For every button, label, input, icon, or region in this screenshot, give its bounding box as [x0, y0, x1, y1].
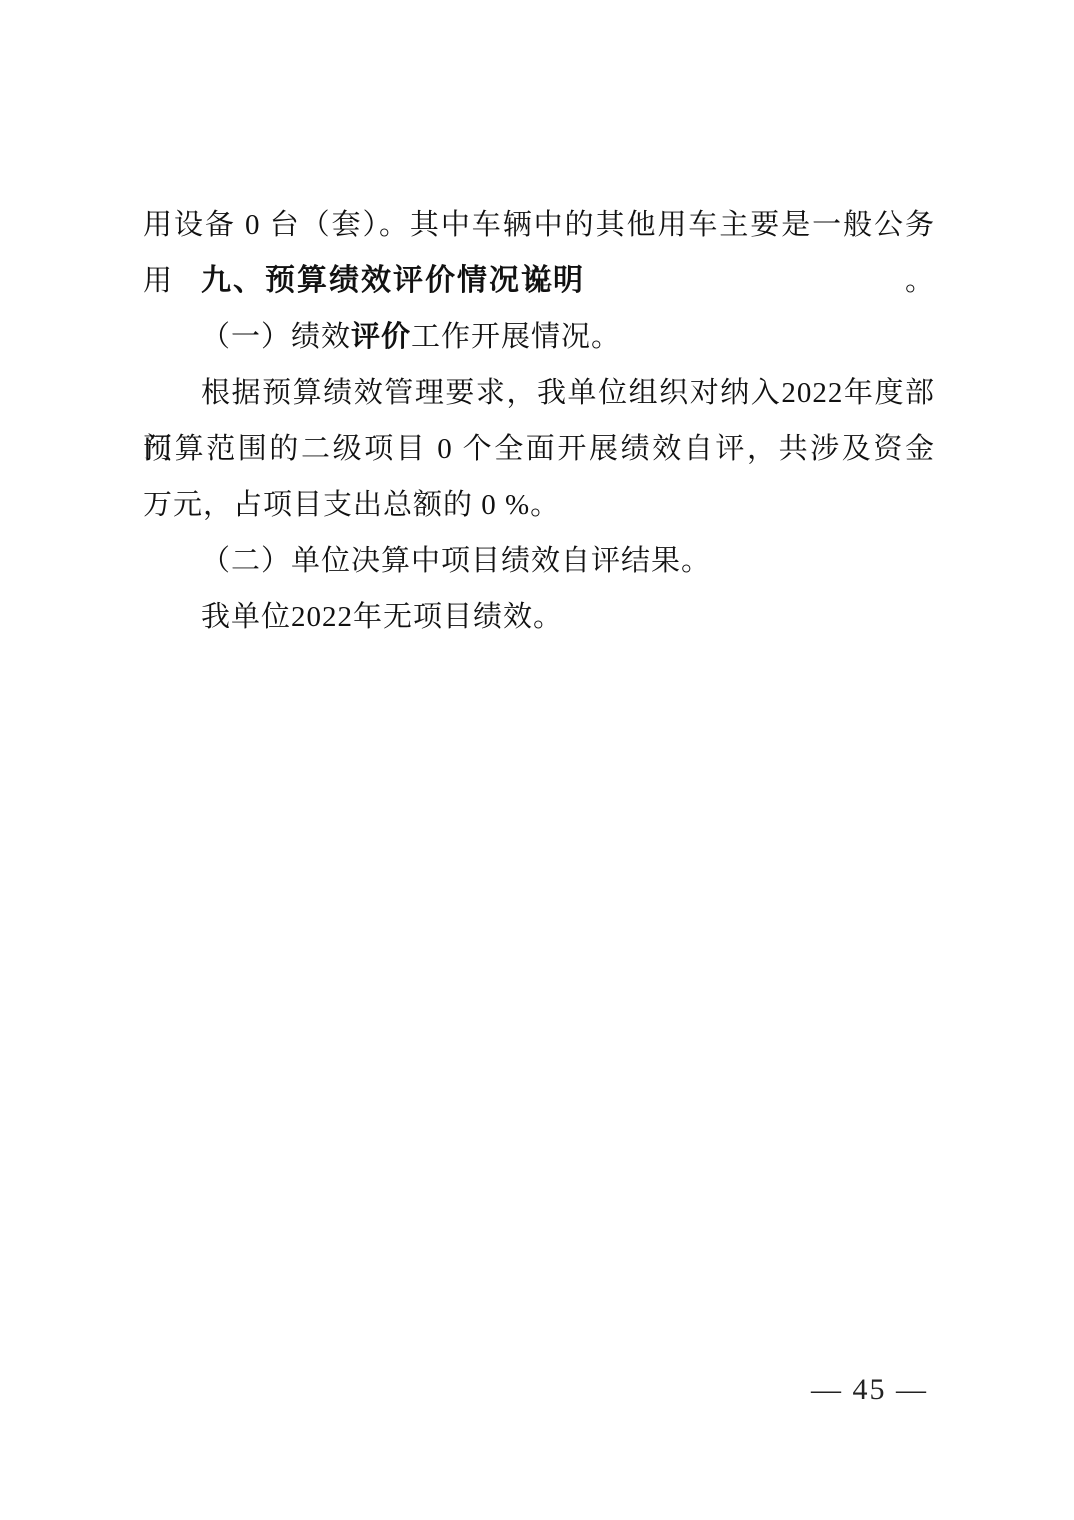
document-page: 用设备 0 台（套）。其中车辆中的其他用车主要是一般公务用车。 九、预算绩效评价… [0, 0, 1074, 1520]
paragraph-one-line-two: 预算范围的二级项目 0 个全面开展绩效自评，共涉及资金 [143, 421, 935, 477]
paragraph-one-line-three: 万元，占项目支出总额的 0 %。 [143, 477, 935, 533]
paragraph-one-line-one: 根据预算绩效管理要求，我单位组织对纳入2022年度部门 [143, 365, 935, 421]
sub-heading-one-pre: （一）绩效 [201, 321, 351, 353]
page-number: — 45 — [811, 1372, 928, 1408]
sub-heading-one-bold-term: 评价 [351, 321, 411, 353]
closing-line: 我单位2022年无项目绩效。 [143, 589, 935, 645]
sub-heading-two: （二）单位决算中项目绩效自评结果。 [143, 533, 935, 589]
sub-heading-one: （一）绩效评价工作开展情况。 [143, 309, 935, 365]
paragraph-carryover-line: 用设备 0 台（套）。其中车辆中的其他用车主要是一般公务用车。 [143, 197, 935, 253]
sub-heading-one-post: 工作开展情况。 [411, 321, 621, 353]
document-body: 用设备 0 台（套）。其中车辆中的其他用车主要是一般公务用车。 九、预算绩效评价… [143, 197, 935, 645]
